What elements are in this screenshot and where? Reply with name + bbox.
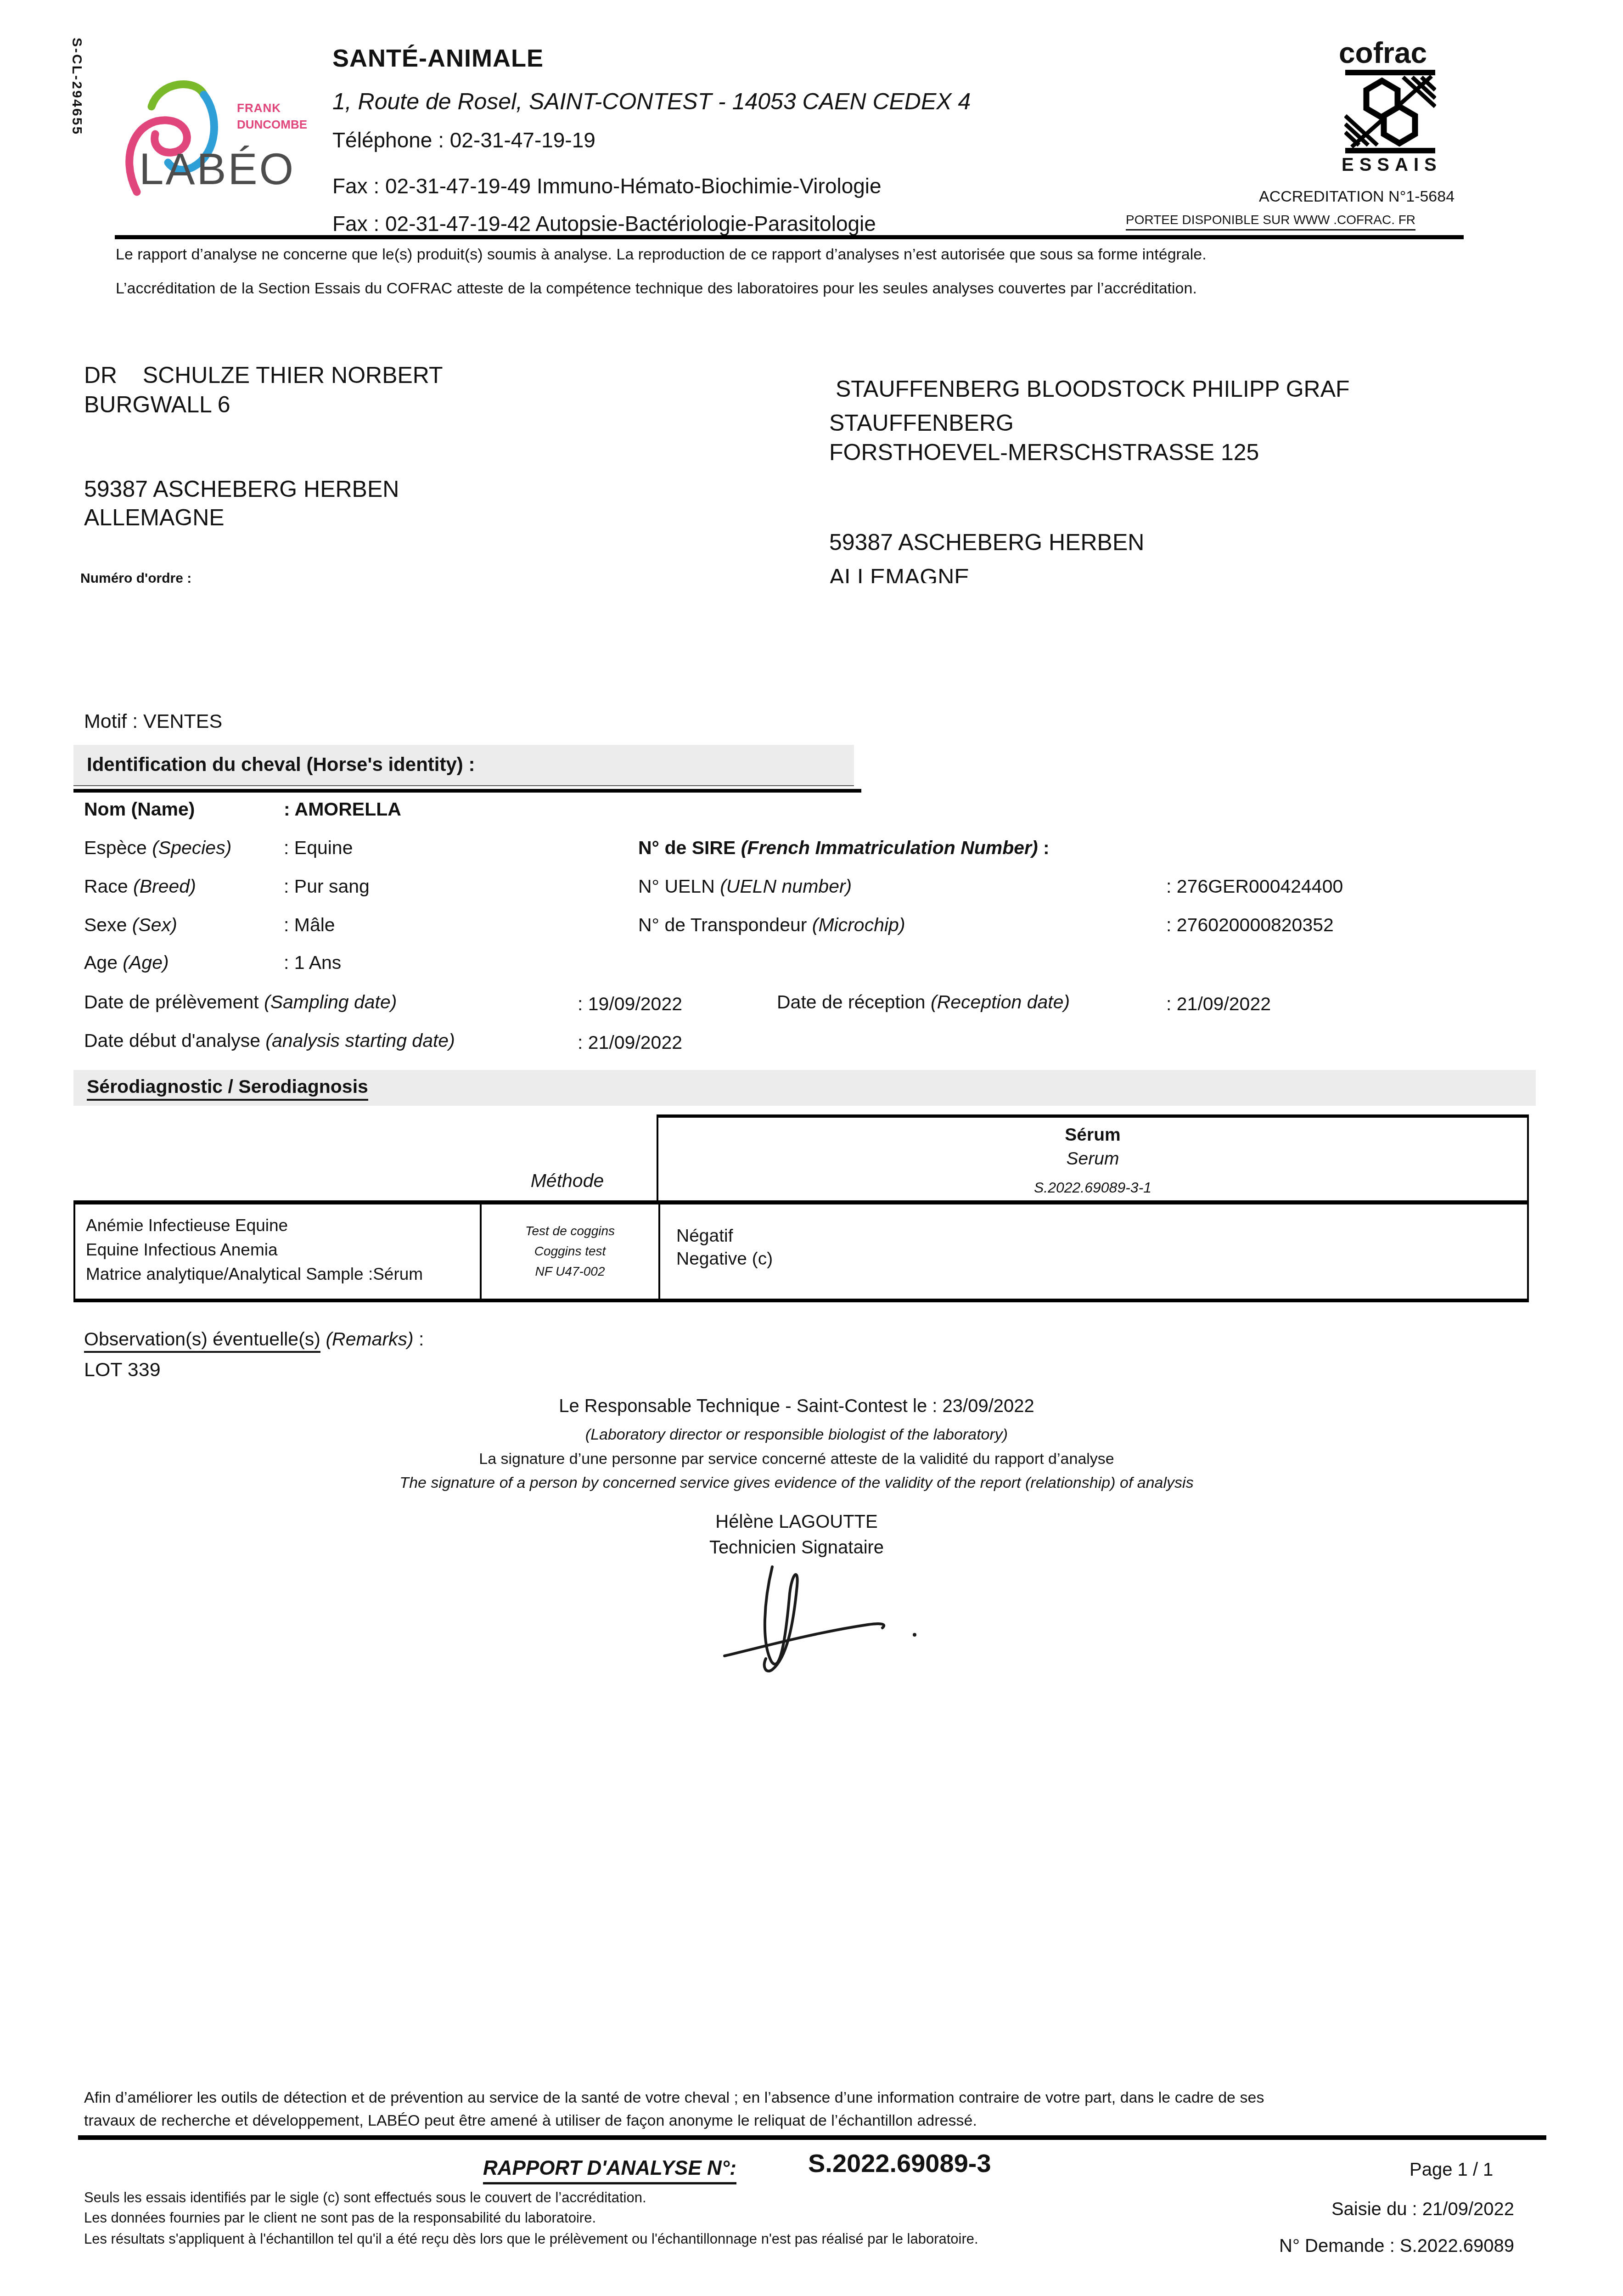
signoff-line4: The signature of a person by concerned s…	[0, 1474, 1593, 1492]
lab-phone: Téléphone : 02-31-47-19-19	[332, 128, 595, 152]
identity-section-band: Identification du cheval (Horse's identi…	[73, 745, 854, 786]
sire-label: N° de SIRE (French Immatriculation Numbe…	[638, 837, 1050, 859]
species-label-en: (Species)	[152, 837, 231, 858]
cofrac-accreditation: ACCREDITATION N°1-5684	[1259, 187, 1455, 206]
side-code: S-CL-294655	[69, 38, 85, 135]
analysis-matrix: Matrice analytique/Analytical Sample :Sé…	[86, 1264, 423, 1284]
signer-role: Technicien Signataire	[0, 1537, 1593, 1558]
reception-date-label: Date de réception (Reception date)	[777, 991, 1070, 1013]
analysis-name-en: Equine Infectious Anemia	[86, 1240, 278, 1260]
cofrac-word: cofrac	[1339, 36, 1427, 71]
age-label: Age (Age)	[84, 951, 169, 974]
recipient-left-line4: ALLEMAGNE	[84, 504, 225, 531]
motif-line: Motif : VENTES	[84, 710, 222, 733]
result-fr: Négatif	[676, 1226, 733, 1247]
request-number: N° Demande : S.2022.69089	[1279, 2235, 1514, 2257]
notice-line2: L’accréditation de la Section Essais du …	[116, 279, 1197, 298]
method-norm: NF U47-002	[482, 1264, 658, 1279]
research-notice-line1: Afin d’améliorer les outils de détection…	[84, 2088, 1264, 2107]
brand-duncombe: DUNCOMBE	[237, 118, 307, 132]
recipient-right-line5: ALLEMAGNE	[829, 564, 1105, 583]
remarks-title-en: (Remarks)	[320, 1328, 414, 1350]
lab-report-page: S-CL-294655 FRANK DUNCOMBE LABÉO SANTÉ-A…	[0, 0, 1623, 2296]
serology-table-row: Anémie Infectieuse Equine Equine Infecti…	[73, 1204, 1529, 1302]
footer-note2: Les données fournies par le client ne so…	[84, 2210, 596, 2227]
ueln-label: N° UELN (UELN number)	[638, 875, 852, 897]
identity-section-rule	[73, 789, 861, 793]
recipient-left-line1: DR SCHULZE THIER NORBERT	[84, 362, 443, 389]
page-title: SANTÉ-ANIMALE	[332, 44, 544, 73]
reception-date-value: : 21/09/2022	[1166, 993, 1271, 1015]
brand-name: LABÉO	[139, 143, 295, 195]
sex-label-en: (Sex)	[132, 914, 177, 935]
result-en: Negative (c)	[676, 1249, 773, 1270]
signer-name: Hélène LAGOUTTE	[0, 1512, 1593, 1532]
analysis-name-cell: Anémie Infectieuse Equine Equine Infecti…	[75, 1204, 480, 1299]
lab-fax1: Fax : 02-31-47-19-49 Immuno-Hémato-Bioch…	[332, 174, 882, 198]
recipient-right-line3: FORSTHOEVEL-MERSCHSTRASSE 125	[829, 439, 1259, 466]
order-number-label: Numéro d'ordre :	[80, 570, 191, 586]
recipient-right-line2: STAUFFENBERG	[829, 410, 1014, 437]
signoff-line3: La signature d’une personne par service …	[0, 1450, 1593, 1468]
signoff-line2: (Laboratory director or responsible biol…	[0, 1426, 1593, 1444]
sampling-date-value: : 19/09/2022	[578, 993, 682, 1015]
lab-fax2: Fax : 02-31-47-19-42 Autopsie-Bactériolo…	[332, 211, 876, 236]
species-value: : Equine	[284, 837, 353, 859]
serum-header-en: Serum	[658, 1149, 1527, 1169]
serology-section-band: Sérodiagnostic / Serodiagnosis	[73, 1070, 1536, 1106]
cofrac-logo-icon	[1344, 70, 1436, 153]
breed-label-en: (Breed)	[133, 876, 196, 897]
notice-line1: Le rapport d’analyse ne concerne que le(…	[116, 245, 1207, 264]
method-name-en: Coggins test	[482, 1244, 658, 1259]
analysis-start-label-en: (analysis starting date)	[265, 1030, 455, 1051]
sample-id: S.2022.69089-3-1	[658, 1179, 1527, 1196]
microchip-label: N° de Transpondeur (Microchip)	[638, 914, 905, 936]
recipient-left-line3: 59387 ASCHEBERG HERBEN	[84, 476, 399, 503]
cofrac-essais: ESSAIS	[1342, 154, 1442, 176]
recipient-right-line1: STAUFFENBERG BLOODSTOCK PHILIPP GRAF	[829, 376, 1350, 403]
breed-label: Race (Breed)	[84, 875, 196, 897]
brand-frank: FRANK	[237, 101, 281, 115]
recipient-right-line4: 59387 ASCHEBERG HERBEN	[829, 529, 1144, 556]
sire-label-en: (French Immatriculation Number)	[741, 837, 1038, 858]
sampling-date-label-en: (Sampling date)	[264, 991, 397, 1013]
serology-section-title: Sérodiagnostic / Serodiagnosis	[87, 1075, 368, 1101]
header-rule	[115, 235, 1464, 239]
entry-date: Saisie du : 21/09/2022	[1331, 2199, 1514, 2220]
footer-note3: Les résultats s'appliquent à l'échantill…	[84, 2231, 978, 2248]
sex-label: Sexe (Sex)	[84, 914, 177, 936]
horse-name-value: : AMORELLA	[284, 798, 401, 820]
signature-icon	[716, 1560, 937, 1680]
result-cell: Négatif Negative (c)	[658, 1204, 1529, 1299]
reception-date-label-en: (Reception date)	[931, 991, 1070, 1013]
sampling-date-label: Date de prélèvement (Sampling date)	[84, 991, 397, 1013]
table-header-rule	[73, 1200, 1529, 1204]
signoff-line1: Le Responsable Technique - Saint-Contest…	[0, 1396, 1593, 1417]
report-number-value: S.2022.69089-3	[808, 2148, 991, 2178]
analysis-start-value: : 21/09/2022	[578, 1031, 682, 1053]
method-cell: Test de coggins Coggins test NF U47-002	[480, 1204, 658, 1299]
remarks-value: LOT 339	[84, 1358, 161, 1382]
serum-header-fr: Sérum	[658, 1125, 1527, 1145]
sex-value: : Mâle	[284, 914, 335, 936]
horse-name-label: Nom (Name)	[84, 798, 195, 820]
microchip-label-en: (Microchip)	[812, 914, 905, 935]
breed-value: : Pur sang	[284, 875, 370, 897]
microchip-value: : 276020000820352	[1166, 914, 1334, 936]
method-column-header: Méthode	[478, 1170, 657, 1192]
age-value: : 1 Ans	[284, 951, 341, 974]
age-label-en: (Age)	[123, 952, 168, 973]
analysis-name-fr: Anémie Infectieuse Equine	[86, 1216, 288, 1236]
identity-section-title: Identification du cheval (Horse's identi…	[87, 753, 475, 776]
cofrac-portee: PORTEE DISPONIBLE SUR WWW .COFRAC. FR	[1126, 212, 1415, 231]
report-number-label: RAPPORT D'ANALYSE N°:	[483, 2156, 736, 2184]
page-indicator: Page 1 / 1	[1410, 2159, 1493, 2181]
ueln-value: : 276GER000424400	[1166, 875, 1343, 897]
analysis-start-label: Date début d'analyse (analysis starting …	[84, 1030, 455, 1052]
recipient-right-line5-clip: ALLEMAGNE	[829, 564, 1105, 583]
serum-header-box: Sérum Serum S.2022.69089-3-1	[657, 1114, 1529, 1200]
research-notice-line2: travaux de recherche et développement, L…	[84, 2111, 977, 2130]
lab-address: 1, Route de Rosel, SAINT-CONTEST - 14053…	[332, 88, 971, 115]
remarks-title: Observation(s) éventuelle(s) (Remarks) :	[84, 1328, 424, 1350]
species-label: Espèce (Species)	[84, 837, 231, 859]
ueln-label-en: (UELN number)	[720, 876, 852, 897]
footer-rule	[78, 2135, 1546, 2140]
recipient-left-line2: BURGWALL 6	[84, 391, 230, 418]
footer-note1: Seuls les essais identifiés par le sigle…	[84, 2189, 646, 2206]
method-name-fr: Test de coggins	[482, 1224, 658, 1238]
